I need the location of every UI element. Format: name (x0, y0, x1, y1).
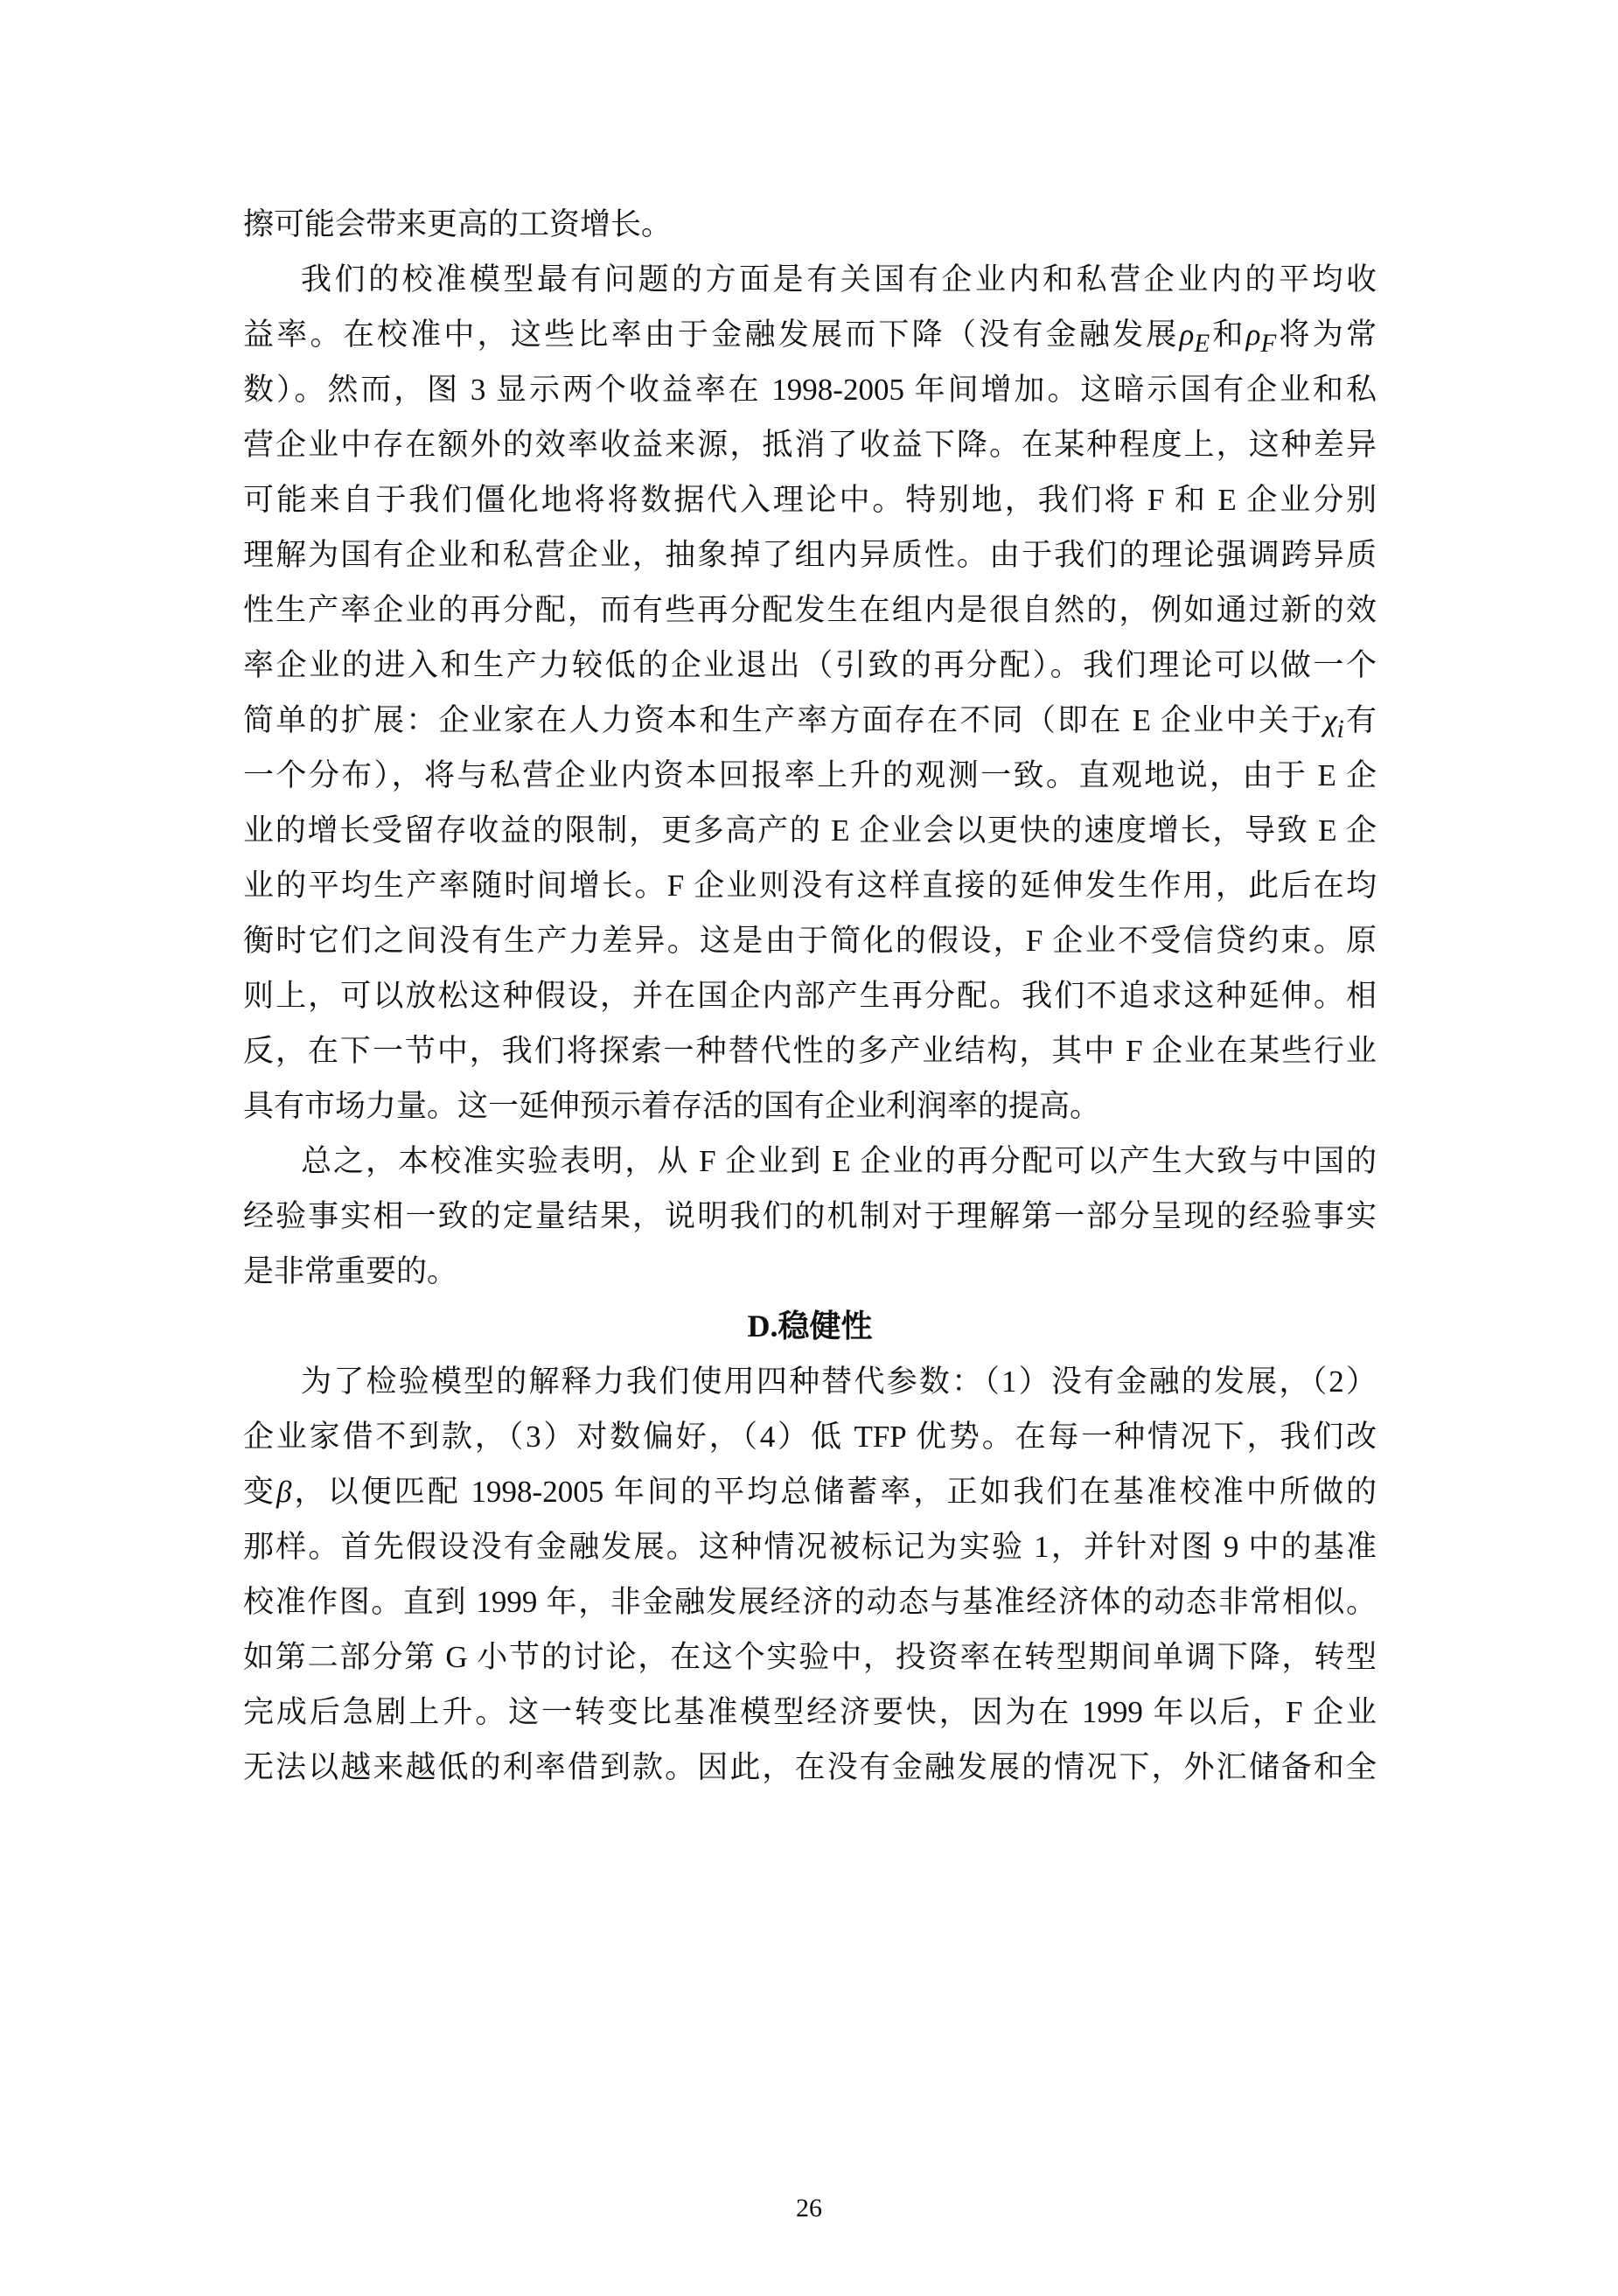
text-line: 完成后急剧上升。这一转变比基准模型经济要快，因为在 1999 年以后，F 企业 (243, 1685, 1377, 1740)
text-line: 经验事实相一致的定量结果，说明我们的机制对于理解第一部分呈现的经验事实 (243, 1189, 1377, 1244)
math-beta: β (276, 1475, 291, 1509)
text-line: 校准作图。直到 1999 年，非金融发展经济的动态与基准经济体的动态非常相似。 (243, 1574, 1377, 1630)
text-line: 率企业的进入和生产力较低的企业退出（引致的再分配）。我们理论可以做一个 (243, 638, 1377, 693)
text-line: 则上，可以放松这种假设，并在国企内部产生再分配。我们不追求这种延伸。相 (243, 968, 1377, 1023)
math-rho-E: ρE (1180, 318, 1210, 352)
text-line: 为了检验模型的解释力我们使用四种替代参数：（1）没有金融的发展，（2） (243, 1354, 1377, 1409)
text-line: 如第二部分第 G 小节的讨论，在这个实验中，投资率在转型期间单调下降，转型 (243, 1630, 1377, 1685)
text-line: 反，在下一节中，我们将探索一种替代性的多产业结构，其中 F 企业在某些行业 (243, 1023, 1377, 1078)
text-line: 数）。然而，图 3 显示两个收益率在 1998-2005 年间增加。这暗示国有企… (243, 362, 1377, 417)
text-line: 我们的校准模型最有问题的方面是有关国有企业内和私营企业内的平均收 (243, 252, 1377, 307)
text-line: 一个分布），将与私营企业内资本回报率上升的观测一致。直观地说，由于 E 企 (243, 748, 1377, 803)
text-line: 业的平均生产率随时间增长。F 企业则没有这样直接的延伸发生作用，此后在均 (243, 858, 1377, 913)
text-line: 擦可能会带来更高的工资增长。 (243, 197, 1377, 252)
document-page: 擦可能会带来更高的工资增长。 我们的校准模型最有问题的方面是有关国有企业内和私营… (0, 0, 1618, 2296)
text-line: 衡时它们之间没有生产力差异。这是由于简化的假设，F 企业不受信贷约束。原 (243, 913, 1377, 968)
text-line: 那样。首先假设没有金融发展。这种情况被标记为实验 1，并针对图 9 中的基准 (243, 1519, 1377, 1574)
text-line: 营企业中存在额外的效率收益来源，抵消了收益下降。在某种程度上，这种差异 (243, 417, 1377, 472)
text-line: 理解为国有企业和私营企业，抽象掉了组内异质性。由于我们的理论强调跨异质 (243, 527, 1377, 583)
text-line: 无法以越来越低的利率借到款。因此，在没有金融发展的情况下，外汇储备和全 (243, 1740, 1377, 1795)
text-line: 可能来自于我们僵化地将将数据代入理论中。特别地，我们将 F 和 E 企业分别 (243, 472, 1377, 527)
page-number: 26 (0, 2191, 1618, 2226)
body-text: 擦可能会带来更高的工资增长。 我们的校准模型最有问题的方面是有关国有企业内和私营… (243, 197, 1377, 1795)
text-line: 企业家借不到款，（3）对数偏好，（4）低 TFP 优势。在每一种情况下，我们改 (243, 1409, 1377, 1464)
text-line-with-math: 简单的扩展：企业家在人力资本和生产率方面存在不同（即在 E 企业中关于χi有 (243, 693, 1377, 748)
text-line-with-math: 变β，以便匹配 1998-2005 年间的平均总储蓄率，正如我们在基准校准中所做… (243, 1464, 1377, 1519)
text-line: 性生产率企业的再分配，而有些再分配发生在组内是很自然的，例如通过新的效 (243, 583, 1377, 638)
text-line: 业的增长受留存收益的限制，更多高产的 E 企业会以更快的速度增长，导致 E 企 (243, 803, 1377, 858)
text-line: 总之，本校准实验表明，从 F 企业到 E 企业的再分配可以产生大致与中国的 (243, 1134, 1377, 1189)
math-chi-i: χi (1323, 703, 1344, 737)
math-rho-F: ρF (1246, 318, 1277, 352)
text-line-with-math: 益率。在校准中，这些比率由于金融发展而下降（没有金融发展ρE和ρF将为常 (243, 307, 1377, 362)
text-line: 是非常重要的。 (243, 1244, 1377, 1299)
section-heading: D.稳健性 (243, 1299, 1377, 1354)
text-line: 具有市场力量。这一延伸预示着存活的国有企业利润率的提高。 (243, 1078, 1377, 1134)
